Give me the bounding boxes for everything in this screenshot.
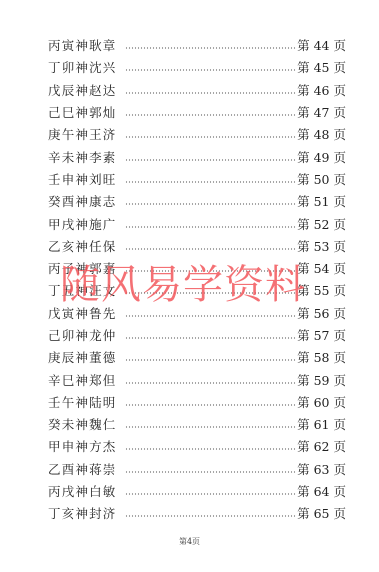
toc-entry[interactable]: 戊寅神鲁先第56页 <box>48 302 346 324</box>
page-prefix: 第 <box>297 373 310 388</box>
toc-entry[interactable]: 癸酉神康志第51页 <box>48 190 346 212</box>
page-number-value: 55 <box>314 283 330 298</box>
page-number-value: 53 <box>314 239 330 254</box>
page-suffix: 页 <box>333 395 346 410</box>
dot-leader <box>125 359 297 361</box>
dot-leader <box>125 493 297 495</box>
page-suffix: 页 <box>333 350 346 365</box>
dot-leader <box>125 114 297 116</box>
page-prefix: 第 <box>297 417 310 432</box>
page-number-value: 65 <box>314 506 330 521</box>
toc-entry-title: 癸酉神康志 <box>48 192 117 210</box>
toc-entry[interactable]: 丙子神郭嘉第54页 <box>48 257 346 279</box>
toc-entry-page: 第47页 <box>297 103 346 121</box>
page-prefix: 第 <box>297 306 310 321</box>
page-suffix: 页 <box>333 439 346 454</box>
toc-entry-title: 戊辰神赵达 <box>48 81 117 99</box>
page-prefix: 第 <box>297 38 310 53</box>
page-suffix: 页 <box>333 306 346 321</box>
page-suffix: 页 <box>333 83 346 98</box>
toc-entry[interactable]: 庚辰神董德第58页 <box>48 346 346 368</box>
page-suffix: 页 <box>333 261 346 276</box>
dot-leader <box>125 337 297 339</box>
dot-leader <box>125 203 297 205</box>
dot-leader <box>125 181 297 183</box>
page-suffix: 页 <box>333 127 346 142</box>
page-prefix: 第 <box>297 439 310 454</box>
toc-entry-title: 壬午神陆明 <box>48 393 117 411</box>
toc-entry-page: 第44页 <box>297 36 346 54</box>
toc-entry-title: 戊寅神鲁先 <box>48 304 117 322</box>
toc-entry-title: 丁亥神封济 <box>48 504 117 522</box>
dot-leader <box>125 226 297 228</box>
page-number-value: 46 <box>314 83 330 98</box>
toc-entry-title: 己巳神郭灿 <box>48 103 117 121</box>
toc-entry-title: 丙子神郭嘉 <box>48 259 117 277</box>
page-prefix: 第 <box>297 395 310 410</box>
page-number-value: 64 <box>314 484 330 499</box>
toc-entry[interactable]: 己巳神郭灿第47页 <box>48 101 346 123</box>
page-number-value: 52 <box>314 217 330 232</box>
page-prefix: 第 <box>297 283 310 298</box>
page-prefix: 第 <box>297 194 310 209</box>
toc-entry-page: 第58页 <box>297 348 346 366</box>
page-prefix: 第 <box>297 239 310 254</box>
page-prefix: 第 <box>297 172 310 187</box>
toc-entry-page: 第48页 <box>297 125 346 143</box>
dot-leader <box>125 404 297 406</box>
toc-entry-title: 壬申神刘旺 <box>48 170 117 188</box>
toc-entry-title: 辛巳神郑但 <box>48 371 117 389</box>
dot-leader <box>125 515 297 517</box>
page-prefix: 第 <box>297 328 310 343</box>
page-prefix: 第 <box>297 127 310 142</box>
toc-entry-page: 第65页 <box>297 504 346 522</box>
page-prefix: 第 <box>297 350 310 365</box>
toc-entry-page: 第50页 <box>297 170 346 188</box>
page-suffix: 页 <box>333 373 346 388</box>
page-number-value: 58 <box>314 350 330 365</box>
toc-entry[interactable]: 乙亥神任保第53页 <box>48 235 346 257</box>
dot-leader <box>125 426 297 428</box>
toc-entry-title: 庚午神王济 <box>48 125 117 143</box>
page-number-value: 48 <box>314 127 330 142</box>
toc-entry-title: 丙戌神白敏 <box>48 482 117 500</box>
toc-entry[interactable]: 己卯神龙仲第57页 <box>48 324 346 346</box>
page-suffix: 页 <box>333 328 346 343</box>
page-number-value: 59 <box>314 373 330 388</box>
toc-entry[interactable]: 壬申神刘旺第50页 <box>48 168 346 190</box>
dot-leader <box>125 270 297 272</box>
page-prefix: 第 <box>297 462 310 477</box>
dot-leader <box>125 315 297 317</box>
toc-entry-page: 第45页 <box>297 58 346 76</box>
page-suffix: 页 <box>333 462 346 477</box>
toc-entry[interactable]: 丙寅神耿章第44页 <box>48 34 346 56</box>
toc-entry-title: 丁丑神汪文 <box>48 281 117 299</box>
toc-entry-title: 乙亥神任保 <box>48 237 117 255</box>
page-suffix: 页 <box>333 283 346 298</box>
toc-entry-page: 第51页 <box>297 192 346 210</box>
page-prefix: 第 <box>297 83 310 98</box>
toc-entry-title: 甲戌神施广 <box>48 215 117 233</box>
toc-entry-page: 第53页 <box>297 237 346 255</box>
table-of-contents: 丙寅神耿章第44页丁卯神沈兴第45页戊辰神赵达第46页己巳神郭灿第47页庚午神王… <box>48 34 346 525</box>
dot-leader <box>125 248 297 250</box>
page-prefix: 第 <box>297 105 310 120</box>
toc-entry[interactable]: 戊辰神赵达第46页 <box>48 79 346 101</box>
page-number-value: 45 <box>314 60 330 75</box>
toc-entry[interactable]: 庚午神王济第48页 <box>48 123 346 145</box>
toc-entry-title: 丙寅神耿章 <box>48 36 117 54</box>
page-number-value: 62 <box>314 439 330 454</box>
page-suffix: 页 <box>333 60 346 75</box>
toc-entry[interactable]: 丙戌神白敏第64页 <box>48 480 346 502</box>
toc-entry-page: 第54页 <box>297 259 346 277</box>
page-suffix: 页 <box>333 217 346 232</box>
page-prefix: 第 <box>297 217 310 232</box>
dot-leader <box>125 448 297 450</box>
page-prefix: 第 <box>297 261 310 276</box>
dot-leader <box>125 136 297 138</box>
toc-entry-title: 庚辰神董德 <box>48 348 117 366</box>
page-number-value: 61 <box>314 417 330 432</box>
page-suffix: 页 <box>333 105 346 120</box>
page-number-value: 57 <box>314 328 330 343</box>
toc-entry-page: 第61页 <box>297 415 346 433</box>
toc-entry-page: 第46页 <box>297 81 346 99</box>
page-number-value: 47 <box>314 105 330 120</box>
page-suffix: 页 <box>333 172 346 187</box>
dot-leader <box>125 92 297 94</box>
toc-entry[interactable]: 壬午神陆明第60页 <box>48 391 346 413</box>
toc-entry[interactable]: 辛未神李素第49页 <box>48 145 346 167</box>
page-suffix: 页 <box>333 38 346 53</box>
toc-entry[interactable]: 甲申神方杰第62页 <box>48 435 346 457</box>
page-prefix: 第 <box>297 60 310 75</box>
page-number-value: 56 <box>314 306 330 321</box>
page-number-value: 60 <box>314 395 330 410</box>
toc-entry-page: 第62页 <box>297 437 346 455</box>
page-suffix: 页 <box>333 239 346 254</box>
toc-entry[interactable]: 丁亥神封济第65页 <box>48 502 346 524</box>
page-prefix: 第 <box>297 506 310 521</box>
toc-entry-page: 第60页 <box>297 393 346 411</box>
toc-entry-title: 己卯神龙仲 <box>48 326 117 344</box>
dot-leader <box>125 47 297 49</box>
toc-entry-title: 甲申神方杰 <box>48 437 117 455</box>
page-number-value: 63 <box>314 462 330 477</box>
page-number-value: 44 <box>314 38 330 53</box>
toc-entry[interactable]: 丁丑神汪文第55页 <box>48 279 346 301</box>
toc-entry-page: 第57页 <box>297 326 346 344</box>
toc-entry[interactable]: 甲戌神施广第52页 <box>48 212 346 234</box>
toc-entry[interactable]: 辛巳神郑但第59页 <box>48 368 346 390</box>
dot-leader <box>125 292 297 294</box>
page-suffix: 页 <box>333 417 346 432</box>
dot-leader <box>125 69 297 71</box>
dot-leader <box>125 382 297 384</box>
page-suffix: 页 <box>333 484 346 499</box>
toc-entry-title: 丁卯神沈兴 <box>48 58 117 76</box>
toc-entry-page: 第56页 <box>297 304 346 322</box>
page-prefix: 第 <box>297 484 310 499</box>
toc-entry[interactable]: 癸未神魏仁第61页 <box>48 413 346 435</box>
toc-entry-title: 辛未神李素 <box>48 148 117 166</box>
toc-entry-page: 第55页 <box>297 281 346 299</box>
page-suffix: 页 <box>333 194 346 209</box>
page-prefix: 第 <box>297 150 310 165</box>
toc-entry-page: 第52页 <box>297 215 346 233</box>
toc-entry-title: 癸未神魏仁 <box>48 415 117 433</box>
page-number-value: 51 <box>314 194 330 209</box>
toc-entry-title: 乙酉神蒋崇 <box>48 460 117 478</box>
page-number-value: 54 <box>314 261 330 276</box>
toc-entry-page: 第59页 <box>297 371 346 389</box>
page-number: 第4页 <box>0 536 379 547</box>
toc-entry-page: 第49页 <box>297 148 346 166</box>
page-number-value: 50 <box>314 172 330 187</box>
toc-entry-page: 第63页 <box>297 460 346 478</box>
toc-entry[interactable]: 丁卯神沈兴第45页 <box>48 56 346 78</box>
page-suffix: 页 <box>333 150 346 165</box>
toc-entry[interactable]: 乙酉神蒋崇第63页 <box>48 458 346 480</box>
toc-entry-page: 第64页 <box>297 482 346 500</box>
dot-leader <box>125 159 297 161</box>
page-number-value: 49 <box>314 150 330 165</box>
dot-leader <box>125 471 297 473</box>
page-suffix: 页 <box>333 506 346 521</box>
